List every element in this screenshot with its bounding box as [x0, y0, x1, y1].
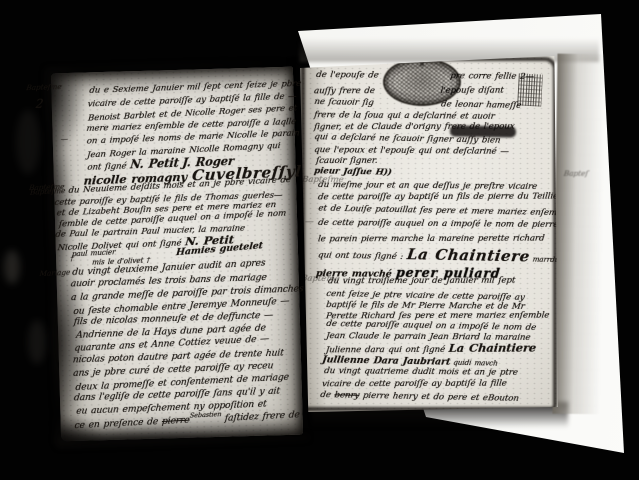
manuscript-line: Mariage — [39, 269, 70, 278]
backdrop-smudge — [16, 110, 40, 174]
manuscript-text: Bapteſme — [29, 182, 65, 192]
manuscript-text: Mariage — [39, 268, 70, 279]
register-scan-photo: Bapteſ de l'epouſe de pre corre fellie 2… — [0, 0, 639, 480]
backdrop-smudge — [4, 250, 20, 284]
manuscript-line: 2 — [35, 98, 44, 110]
manuscript-text: Sebastien — [190, 410, 222, 420]
right-page: de l'epouſe de pre corre fellie 2—auſſy … — [300, 56, 558, 412]
manuscript-line: Bapteſme — [29, 183, 65, 192]
left-page: du e Sexieme Januier mil ſept cent ſeize… — [51, 67, 303, 442]
backdrop-smudge — [28, 320, 46, 364]
manuscript-text: pierre — [162, 415, 190, 427]
manuscript-line: Bapteſme — [26, 83, 62, 92]
manuscript-text: 2 — [35, 97, 44, 111]
fore-edge-label: Bapteſ — [563, 170, 588, 177]
manuscript-line: — — [60, 135, 68, 143]
paper-speckle — [300, 56, 558, 412]
manuscript-text: — — [60, 134, 68, 143]
manuscript-line: † — [70, 255, 74, 263]
manuscript-text: Bapteſme — [26, 82, 62, 92]
manuscript-text: † — [70, 254, 74, 263]
fore-edge-strip: Bapteſ — [552, 54, 611, 415]
